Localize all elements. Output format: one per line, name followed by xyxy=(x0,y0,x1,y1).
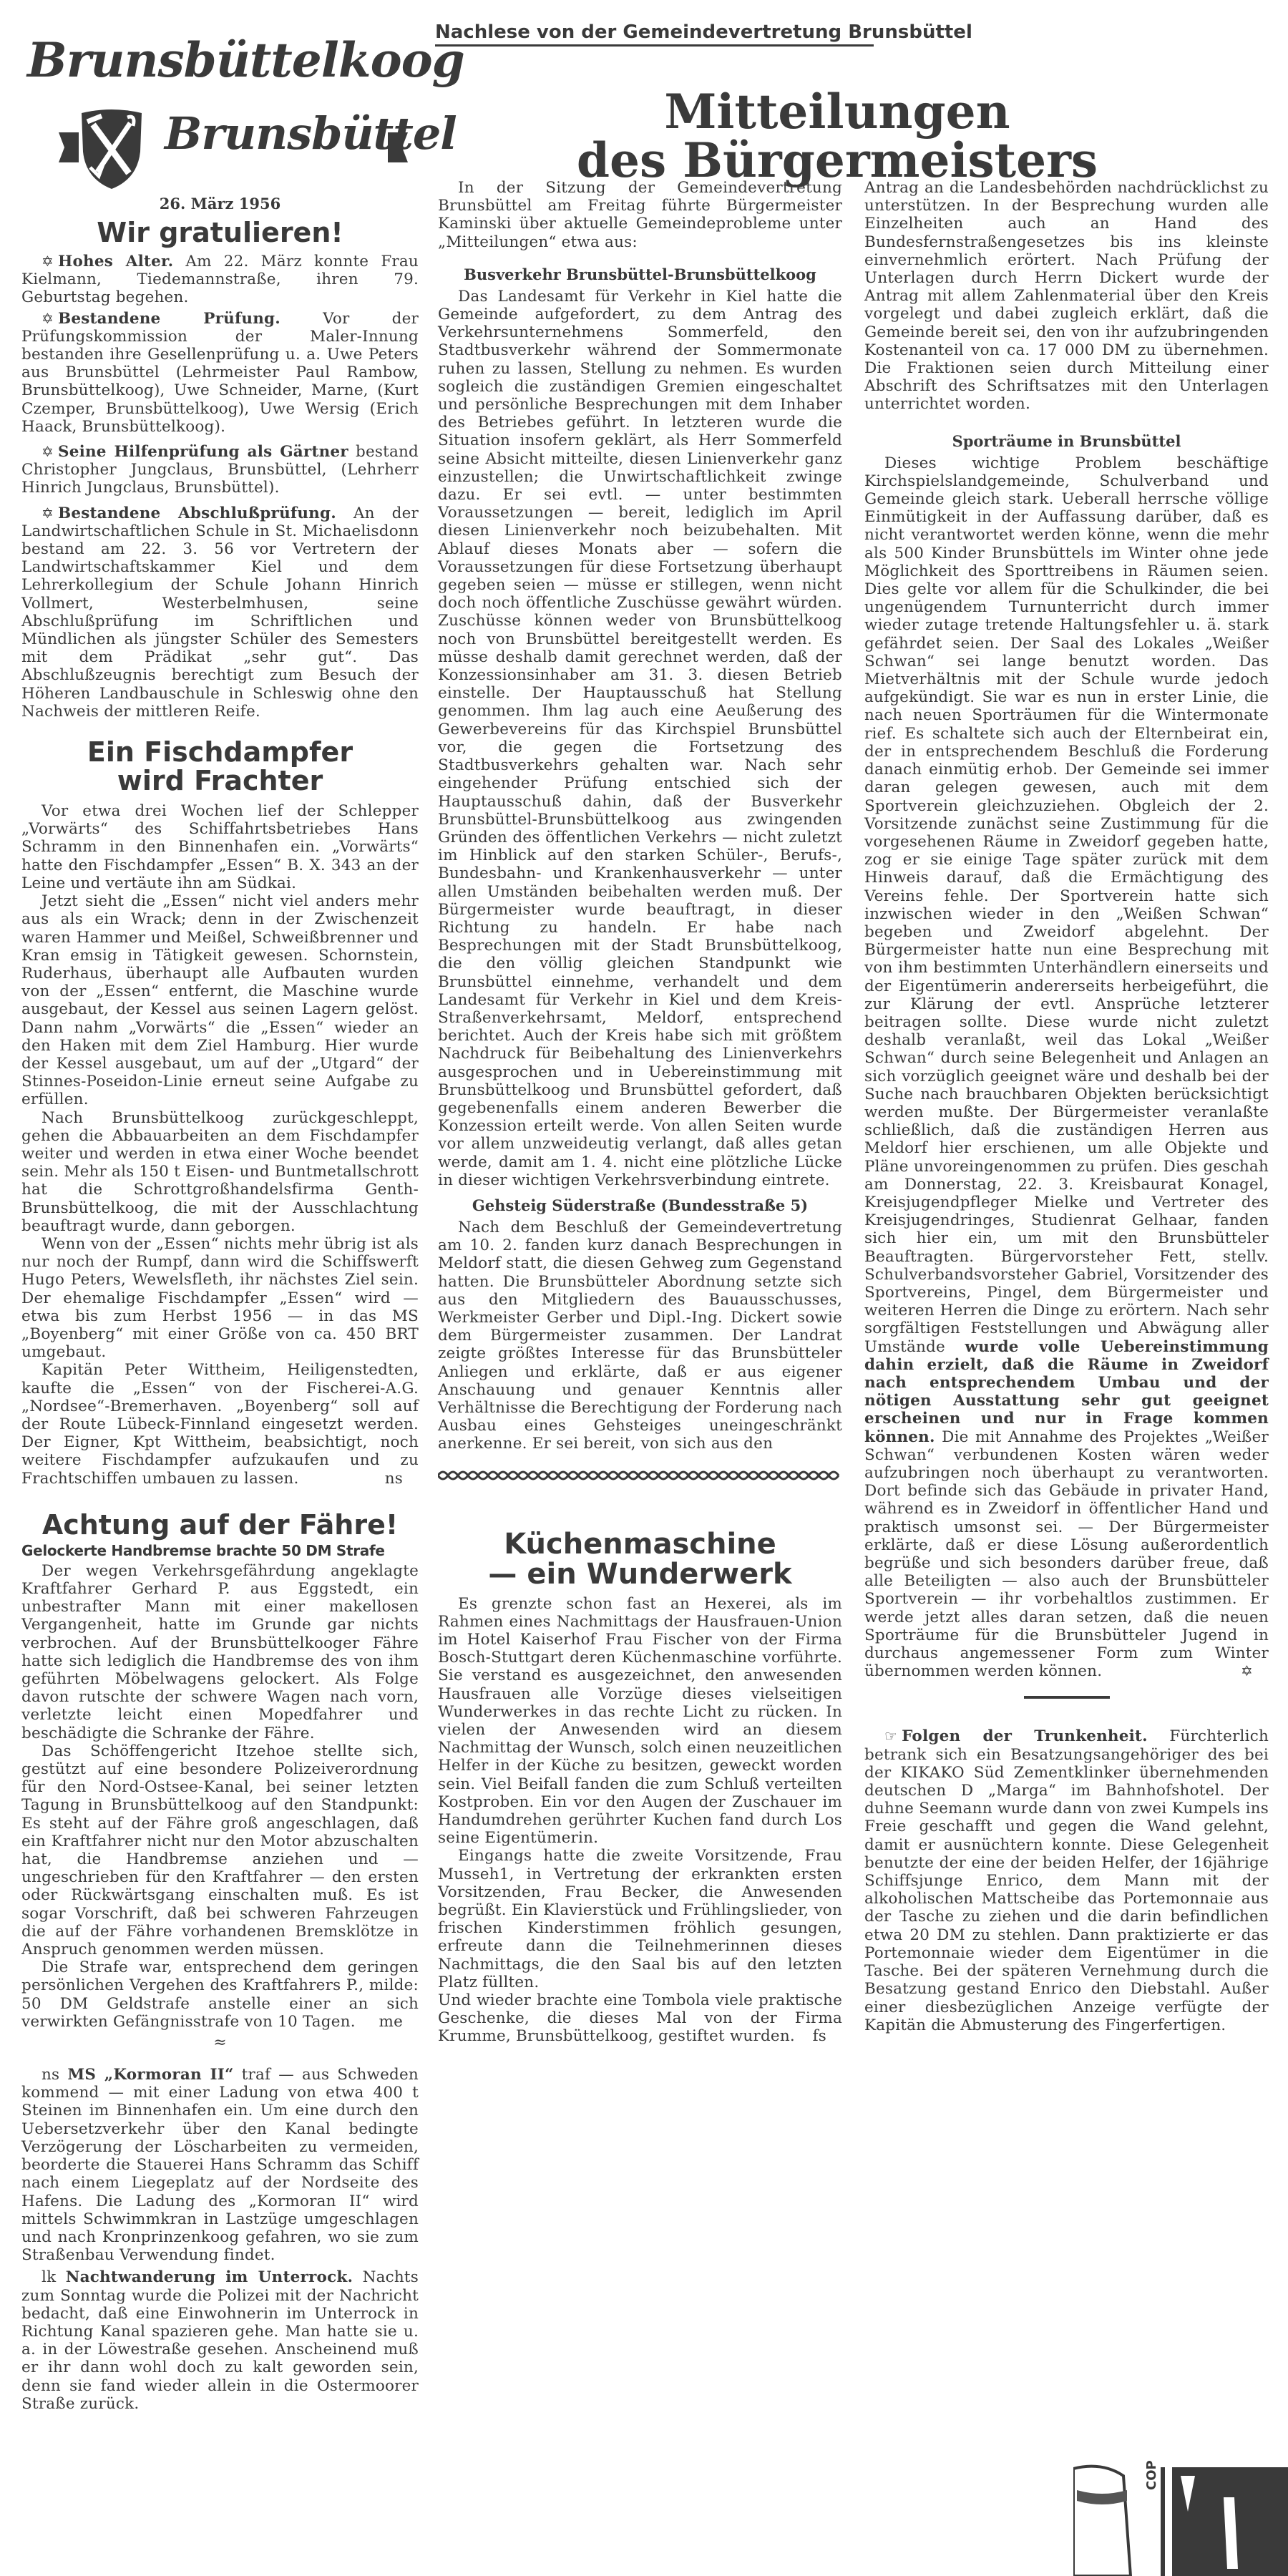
paragraph: Die Strafe war, entsprechend dem geringe… xyxy=(21,1958,419,2031)
paragraph-text: Und wieder brachte eine Tombola viele pr… xyxy=(438,1991,842,2045)
paragraph: Dieses wichtige Problem beschäftige Kirc… xyxy=(864,454,1269,1681)
heading-kuechenmaschine: Küchenmaschine — ein Wunderwerk xyxy=(438,1529,842,1589)
masthead-title-brunsbuettelkoog: Brunsbüttelkoog xyxy=(27,32,417,88)
brief-text: Fürchterlich betrank sich ein Besatzungs… xyxy=(864,1727,1269,2034)
masthead: Brunsbüttelkoog Brunsbüttel xyxy=(21,0,419,193)
subheading-sportraeume: Sporträume in Brunsbüttel xyxy=(864,432,1269,450)
paragraph: Und wieder brachte eine Tombola viele pr… xyxy=(438,1991,842,2046)
paragraph: Das Schöffengericht Itzehoe stellte sich… xyxy=(21,1742,419,1958)
heading-line: Küchenmaschine xyxy=(504,1528,776,1561)
star-icon: ✡ xyxy=(42,310,54,327)
congrats-lead: Seine Hilfenprüfung als Gärtner xyxy=(58,443,348,461)
hand-pointer-icon: ☞ xyxy=(884,1727,897,1745)
paragraph: Jetzt sieht die „Essen“ nicht viel ander… xyxy=(21,892,419,1108)
brief-text: Nachts zum Sonntag wurde die Polizei mit… xyxy=(21,2268,419,2412)
paragraph: Das Landesamt für Verkehr in Kiel hatte … xyxy=(438,288,842,1189)
congratulations-list: ✡Hohes Alter. Am 22. März konnte Frau Ki… xyxy=(21,253,419,721)
cropped-photo-fragment: COP xyxy=(1073,2447,1288,2576)
congrats-lead: Bestandene Prüfung. xyxy=(58,310,280,328)
left-column: Brunsbüttelkoog Brunsbüttel 26. März 195… xyxy=(21,0,419,2413)
congrats-item: ✡Bestandene Prüfung. Vor der Prüfungskom… xyxy=(21,310,419,436)
star-icon: ✡ xyxy=(42,443,54,460)
congrats-item: ✡Seine Hilfenprüfung als Gärtner bestand… xyxy=(21,443,419,497)
wave-divider-icon: ≈ xyxy=(21,2034,419,2051)
paragraph: Eingangs hatte die zweite Vorsitzende, F… xyxy=(438,1847,842,1991)
headline-line: Mitteilungen xyxy=(664,84,1010,140)
subheading-busverkehr: Busverkehr Brunsbüttel-Brunsbüttelkoog xyxy=(438,265,842,283)
article-faehre: Der wegen Verkehrsgefährdung angeklagte … xyxy=(21,1562,419,2031)
author-signoff: ns xyxy=(365,1470,403,1488)
masthead-title-brunsbuettel: Brunsbüttel xyxy=(165,107,457,160)
congrats-lead: Hohes Alter. xyxy=(58,253,173,270)
paragraph-text: Dieses wichtige Problem beschäftige Kirc… xyxy=(864,454,1269,1356)
heading-line: — ein Wunderwerk xyxy=(488,1558,791,1591)
heading-line: Ein Fischdampfer xyxy=(87,736,353,768)
congrats-lead: Bestandene Abschlußprüfung. xyxy=(58,504,336,522)
paragraph-text: Kapitän Peter Wittheim, Heiligenstedten,… xyxy=(21,1361,419,1487)
main-headline: Mitteilungen des Bürgermeisters xyxy=(551,87,1123,185)
brief-lead: Folgen der Trunkenheit. xyxy=(902,1727,1148,1745)
subheading-gehsteig: Gehsteig Süderstraße (Bundesstraße 5) xyxy=(438,1196,842,1214)
paragraph: Kapitän Peter Wittheim, Heiligenstedten,… xyxy=(21,1361,419,1487)
star-icon: ✡ xyxy=(42,253,54,270)
paragraph-text: Die mit Annahme des Projektes „Weißer Sc… xyxy=(864,1428,1269,1681)
heading-achtung-faehre: Achtung auf der Fähre! xyxy=(21,1509,419,1541)
banner-left-icon xyxy=(59,132,79,162)
author-prefix: lk xyxy=(42,2268,56,2286)
paragraph: Wenn von der „Essen“ nichts mehr übrig i… xyxy=(21,1235,419,1361)
divider-rule xyxy=(1024,1696,1110,1699)
star-icon: ✡ xyxy=(1221,1662,1253,1680)
paragraph: Vor etwa drei Wochen lief der Schlepper … xyxy=(21,802,419,892)
congrats-item: ✡Hohes Alter. Am 22. März konnte Frau Ki… xyxy=(21,253,419,307)
author-prefix: ns xyxy=(42,2066,59,2084)
author-signoff: me xyxy=(358,2013,403,2031)
heading-line: wird Frachter xyxy=(117,765,323,796)
photo-caption-fragment: COP xyxy=(1144,2460,1159,2490)
brief-lead: MS „Kormoran II“ xyxy=(67,2066,233,2084)
article-fischdampfer: Vor etwa drei Wochen lief der Schlepper … xyxy=(21,802,419,1488)
paragraph: Es grenzte schon fast an Hexerei, als im… xyxy=(438,1595,842,1848)
author-signoff: fs xyxy=(813,2027,826,2045)
paragraph-continued: Antrag an die Landesbehörden nachdrückli… xyxy=(864,179,1269,414)
paragraph: Nach Brunsbüttelkoog zurückgeschleppt, g… xyxy=(21,1109,419,1235)
subheading-handbremse: Gelockerte Handbremse brachte 50 DM Stra… xyxy=(21,1542,419,1559)
brief-kormoran: ns MS „Kormoran II“ traf — aus Schweden … xyxy=(21,2066,419,2264)
heading-wir-gratulieren: Wir gratulieren! xyxy=(21,217,419,248)
brief-unterrock: lk Nachtwanderung im Unterrock. Nachts z… xyxy=(21,2268,419,2413)
intro-paragraph: In der Sitzung der Gemeindevertretung Br… xyxy=(438,179,842,251)
coat-of-arms-icon xyxy=(77,107,146,190)
paragraph: Der wegen Verkehrsgefährdung angeklagte … xyxy=(21,1562,419,1742)
congrats-text: Vor der Prüfungskommission der Maler-Inn… xyxy=(21,310,419,436)
congrats-item: ✡Bestandene Abschlußprüfung. An der Land… xyxy=(21,504,419,721)
paragraph: Nach dem Beschluß der Gemeindevertretung… xyxy=(438,1219,842,1453)
kicker-nachlese: Nachlese von der Gemeindevertretung Brun… xyxy=(435,21,874,47)
congrats-text: An der Landwirtschaftlichen Schule in St… xyxy=(21,504,419,721)
banner-right-icon xyxy=(388,132,408,162)
ornamental-divider-icon xyxy=(438,1468,842,1483)
brief-text: traf — aus Schweden kommend — mit einer … xyxy=(21,2066,419,2264)
heading-fischdampfer: Ein Fischdampfer wird Frachter xyxy=(21,738,419,795)
right-column: Antrag an die Landesbehörden nachdrückli… xyxy=(864,179,1269,2034)
middle-column: In der Sitzung der Gemeindevertretung Br… xyxy=(438,179,842,2046)
brief-lead: Nachtwanderung im Unterrock. xyxy=(66,2268,353,2286)
issue-date: 26. März 1956 xyxy=(21,195,419,213)
star-icon: ✡ xyxy=(42,504,54,522)
brief-trunkenheit: ☞Folgen der Trunkenheit. Fürchterlich be… xyxy=(864,1727,1269,2034)
